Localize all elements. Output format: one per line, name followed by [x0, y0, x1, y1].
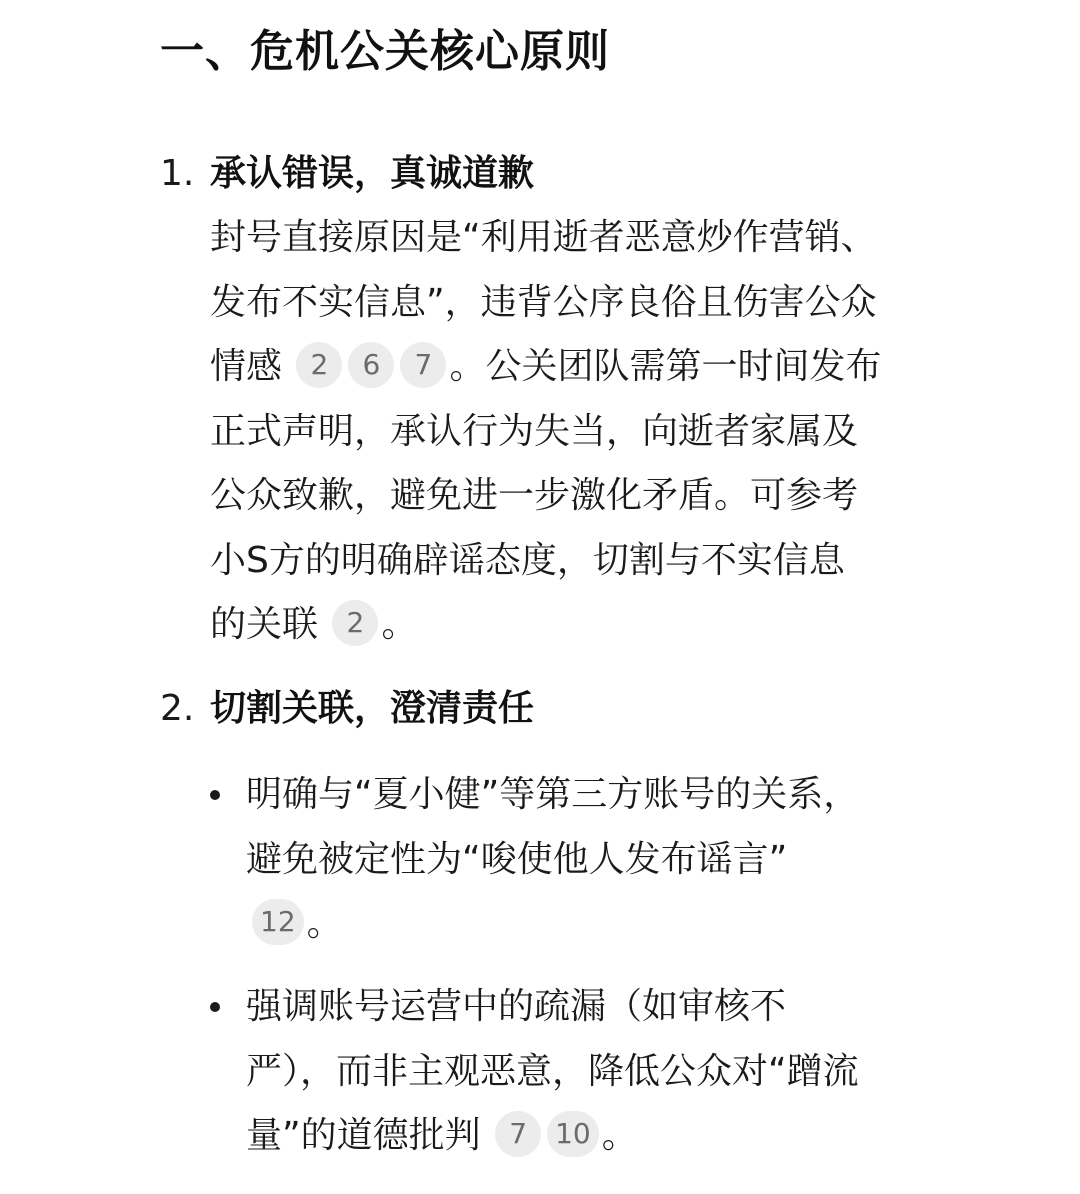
line-text: 情感	[210, 346, 282, 387]
bullet-icon	[210, 790, 220, 800]
paragraph-line: 严），而非主观恶意，降低公众对“蹭流	[246, 1040, 1046, 1105]
paragraph-line: 封号直接原因是“利用逝者恶意炒作营销、	[210, 206, 1040, 271]
item-title: 承认错误，真诚道歉	[210, 142, 534, 206]
line-text: 量”的道德批判	[246, 1115, 481, 1156]
paragraph-line: 情感 267。公关团队需第一时间发布	[210, 335, 1040, 400]
line-text: 的关联	[210, 604, 318, 645]
section-heading: 一、危机公关核心原则	[160, 22, 610, 82]
list-number: 1.	[160, 142, 194, 206]
list-number: 2.	[160, 677, 194, 741]
paragraph-line: 发布不实信息”，违背公序良俗且伤害公众	[210, 271, 1040, 336]
item-paragraph: 封号直接原因是“利用逝者恶意炒作营销、 发布不实信息”，违背公序良俗且伤害公众 …	[210, 206, 1040, 658]
paragraph-line: 正式声明，承认行为失当，向逝者家属及	[210, 400, 1040, 465]
paragraph-line: 小S方的明确辟谣态度，切割与不实信息	[210, 529, 1040, 594]
paragraph-line: 公众致歉，避免进一步激化矛盾。可参考	[210, 464, 1040, 529]
paragraph-line: 12。	[246, 892, 1046, 957]
citation-badge[interactable]: 6	[348, 342, 394, 388]
line-text: 。公关团队需第一时间发布	[449, 346, 881, 387]
paragraph-line: 量”的道德批判 710。	[246, 1104, 1046, 1169]
citation-badge[interactable]: 2	[332, 600, 378, 646]
citation-badge[interactable]: 10	[547, 1111, 599, 1157]
citation-badge[interactable]: 12	[252, 899, 304, 945]
citation-badge[interactable]: 7	[400, 342, 446, 388]
line-text: 。	[381, 604, 417, 645]
paragraph-line: 的关联 2。	[210, 593, 1040, 658]
paragraph-line: 强调账号运营中的疏漏（如审核不	[246, 975, 1046, 1040]
paragraph-line: 避免被定性为“唆使他人发布谣言”	[246, 828, 1046, 893]
document-page: 一、危机公关核心原则 1. 承认错误，真诚道歉 封号直接原因是“利用逝者恶意炒作…	[0, 0, 1080, 1194]
line-text: 。	[307, 903, 343, 944]
paragraph-line: 明确与“夏小健”等第三方账号的关系，	[246, 763, 1046, 828]
item-title: 切割关联，澄清责任	[210, 677, 534, 741]
bullet-text: 明确与“夏小健”等第三方账号的关系， 避免被定性为“唆使他人发布谣言” 12。	[246, 763, 1046, 957]
bullet-text: 强调账号运营中的疏漏（如审核不 严），而非主观恶意，降低公众对“蹭流 量”的道德…	[246, 975, 1046, 1169]
citation-badge[interactable]: 2	[296, 342, 342, 388]
bullet-icon	[210, 1002, 220, 1012]
line-text: 。	[602, 1115, 638, 1156]
citation-badge[interactable]: 7	[495, 1111, 541, 1157]
